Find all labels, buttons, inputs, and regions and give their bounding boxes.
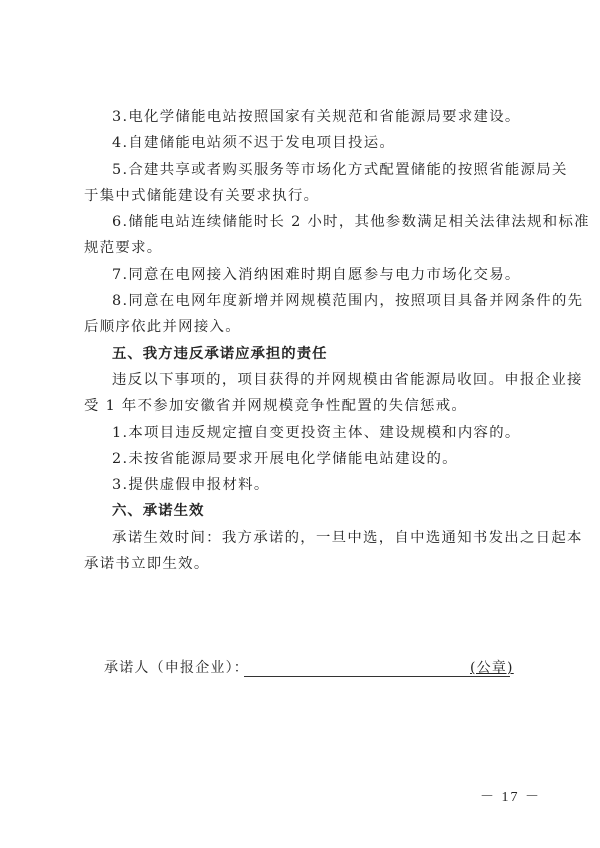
item-5-line2: 于集中式储能建设有关要求执行。 — [84, 183, 522, 209]
item-7: 7.同意在电网接入消纳困难时期自愿参与电力市场化交易。 — [84, 262, 522, 288]
page-number: － 17 － — [480, 786, 541, 806]
section5-intro-line2: 受 1 年不参加安徽省并网规模竞争性配置的失信惩戒。 — [84, 393, 522, 419]
signature-label: 承诺人（申报企业）： — [104, 657, 249, 677]
item-5-line1: 5.合建共享或者购买服务等市场化方式配置储能的按照省能源局关 — [84, 157, 522, 183]
section6-line2: 承诺书立即生效。 — [84, 551, 522, 577]
section5-heading: 五、我方违反承诺应承担的责任 — [84, 341, 522, 367]
section6-heading: 六、承诺生效 — [84, 498, 522, 524]
signature-block: 承诺人（申报企业）： (公章) — [104, 657, 524, 679]
seal-label: (公章) — [470, 657, 514, 677]
item-4: 4.自建储能电站须不迟于发电项目投运。 — [84, 130, 522, 156]
section6-line1: 承诺生效时间：我方承诺的，一旦中选，自中选通知书发出之日起本 — [84, 525, 522, 551]
item-8-line1: 8.同意在电网年度新增并网规模范围内，按照项目具备并网条件的先 — [84, 288, 522, 314]
item-3: 3.电化学储能电站按照国家有关规范和省能源局要求建设。 — [84, 104, 522, 130]
section5-item-2: 2.未按省能源局要求开展电化学储能电站建设的。 — [84, 446, 522, 472]
section5-intro-line1: 违反以下事项的，项目获得的并网规模由省能源局收回。申报企业接 — [84, 367, 522, 393]
item-8-line2: 后顺序依此并网接入。 — [84, 314, 522, 340]
section5-item-1: 1.本项目违反规定擅自变更投资主体、建设规模和内容的。 — [84, 420, 522, 446]
item-6-line1: 6.储能电站连续储能时长 2 小时，其他参数满足相关法律法规和标准 — [84, 209, 522, 235]
section5-item-3: 3.提供虚假申报材料。 — [84, 472, 522, 498]
item-6-line2: 规范要求。 — [84, 235, 522, 261]
document-body: 3.电化学储能电站按照国家有关规范和省能源局要求建设。 4.自建储能电站须不迟于… — [84, 104, 522, 577]
